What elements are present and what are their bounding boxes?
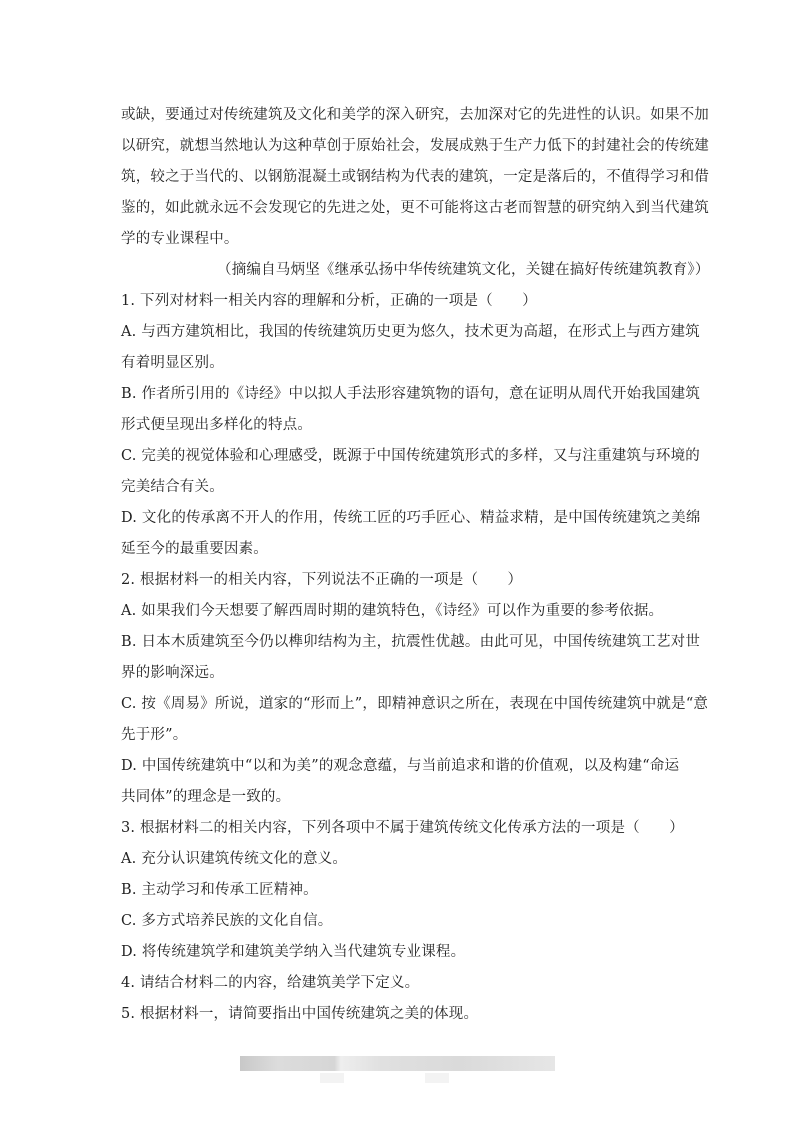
option-b: B. 作者所引用的《诗经》中以拟人手法形容建筑物的语句，意在证明从周代开始我国建… bbox=[121, 379, 677, 410]
redacted-footer-mark bbox=[320, 1073, 344, 1083]
question-3: 3. 根据材料二的相关内容，下列各项中不属于建筑传统文化传承方法的一项是（ ） … bbox=[121, 813, 677, 968]
option-a-cont: 有着明显区别。 bbox=[121, 348, 677, 379]
question-stem: 3. 根据材料二的相关内容，下列各项中不属于建筑传统文化传承方法的一项是（ ） bbox=[121, 813, 677, 844]
option-a: A. 充分认识建筑传统文化的意义。 bbox=[121, 844, 677, 875]
passage-line: 以研究，就想当然地认为这种草创于原始社会，发展成熟于生产力低下的封建社会的传统建 bbox=[121, 131, 677, 162]
passage-paragraph: 或缺，要通过对传统建筑及文化和美学的深入研究，去加深对它的先进性的认识。如果不加… bbox=[121, 100, 677, 255]
option-d: D. 中国传统建筑中“以和为美”的观念意蕴，与当前追求和谐的价值观，以及构建“命… bbox=[121, 751, 677, 782]
option-d: D. 文化的传承离不开人的作用，传统工匠的巧手匠心、精益求精，是中国传统建筑之美… bbox=[121, 503, 677, 534]
passage-line: 或缺，要通过对传统建筑及文化和美学的深入研究，去加深对它的先进性的认识。如果不加 bbox=[121, 100, 677, 131]
source-citation: （摘编自马炳坚《继承弘扬中华传统建筑文化，关键在搞好传统建筑教育》） bbox=[121, 255, 677, 286]
question-stem: 2. 根据材料一的相关内容，下列说法不正确的一项是（ ） bbox=[121, 565, 677, 596]
option-c: C. 按《周易》所说，道家的“形而上”，即精神意识之所在，表现在中国传统建筑中就… bbox=[121, 689, 677, 720]
option-b: B. 日本木质建筑至今仍以榫卯结构为主，抗震性优越。由此可见，中国传统建筑工艺对… bbox=[121, 627, 677, 658]
option-c-cont: 先于形”。 bbox=[121, 720, 677, 751]
redacted-footer bbox=[240, 1056, 555, 1071]
question-5: 5. 根据材料一，请简要指出中国传统建筑之美的体现。 bbox=[121, 999, 677, 1030]
question-stem: 1. 下列对材料一相关内容的理解和分析，正确的一项是（ ） bbox=[121, 286, 677, 317]
option-d: D. 将传统建筑学和建筑美学纳入当代建筑专业课程。 bbox=[121, 937, 677, 968]
option-c-cont: 完美结合有关。 bbox=[121, 472, 677, 503]
passage-line: 鉴的，如此就永远不会发现它的先进之处，更不可能将这古老而智慧的研究纳入到当代建筑 bbox=[121, 193, 677, 224]
question-1: 1. 下列对材料一相关内容的理解和分析，正确的一项是（ ） A. 与西方建筑相比… bbox=[121, 286, 677, 565]
document-page: 或缺，要通过对传统建筑及文化和美学的深入研究，去加深对它的先进性的认识。如果不加… bbox=[121, 100, 677, 1030]
passage-line: 筑，较之于当代的、以钢筋混凝土或钢结构为代表的建筑，一定是落后的，不值得学习和借 bbox=[121, 162, 677, 193]
option-b-cont: 界的影响深远。 bbox=[121, 658, 677, 689]
option-c: C. 多方式培养民族的文化自信。 bbox=[121, 906, 677, 937]
option-a: A. 与西方建筑相比，我国的传统建筑历史更为悠久，技术更为高超，在形式上与西方建… bbox=[121, 317, 677, 348]
question-4: 4. 请结合材料二的内容，给建筑美学下定义。 bbox=[121, 968, 677, 999]
option-d-cont: 共同体”的理念是一致的。 bbox=[121, 782, 677, 813]
option-d-cont: 延至今的最重要因素。 bbox=[121, 534, 677, 565]
question-2: 2. 根据材料一的相关内容，下列说法不正确的一项是（ ） A. 如果我们今天想要… bbox=[121, 565, 677, 813]
passage-line: 学的专业课程中。 bbox=[121, 224, 677, 255]
option-a: A. 如果我们今天想要了解西周时期的建筑特色，《诗经》可以作为重要的参考依据。 bbox=[121, 596, 677, 627]
option-c: C. 完美的视觉体验和心理感受，既源于中国传统建筑形式的多样，又与注重建筑与环境… bbox=[121, 441, 677, 472]
option-b: B. 主动学习和传承工匠精神。 bbox=[121, 875, 677, 906]
option-b-cont: 形式便呈现出多样化的特点。 bbox=[121, 410, 677, 441]
redacted-footer-mark bbox=[425, 1073, 449, 1083]
